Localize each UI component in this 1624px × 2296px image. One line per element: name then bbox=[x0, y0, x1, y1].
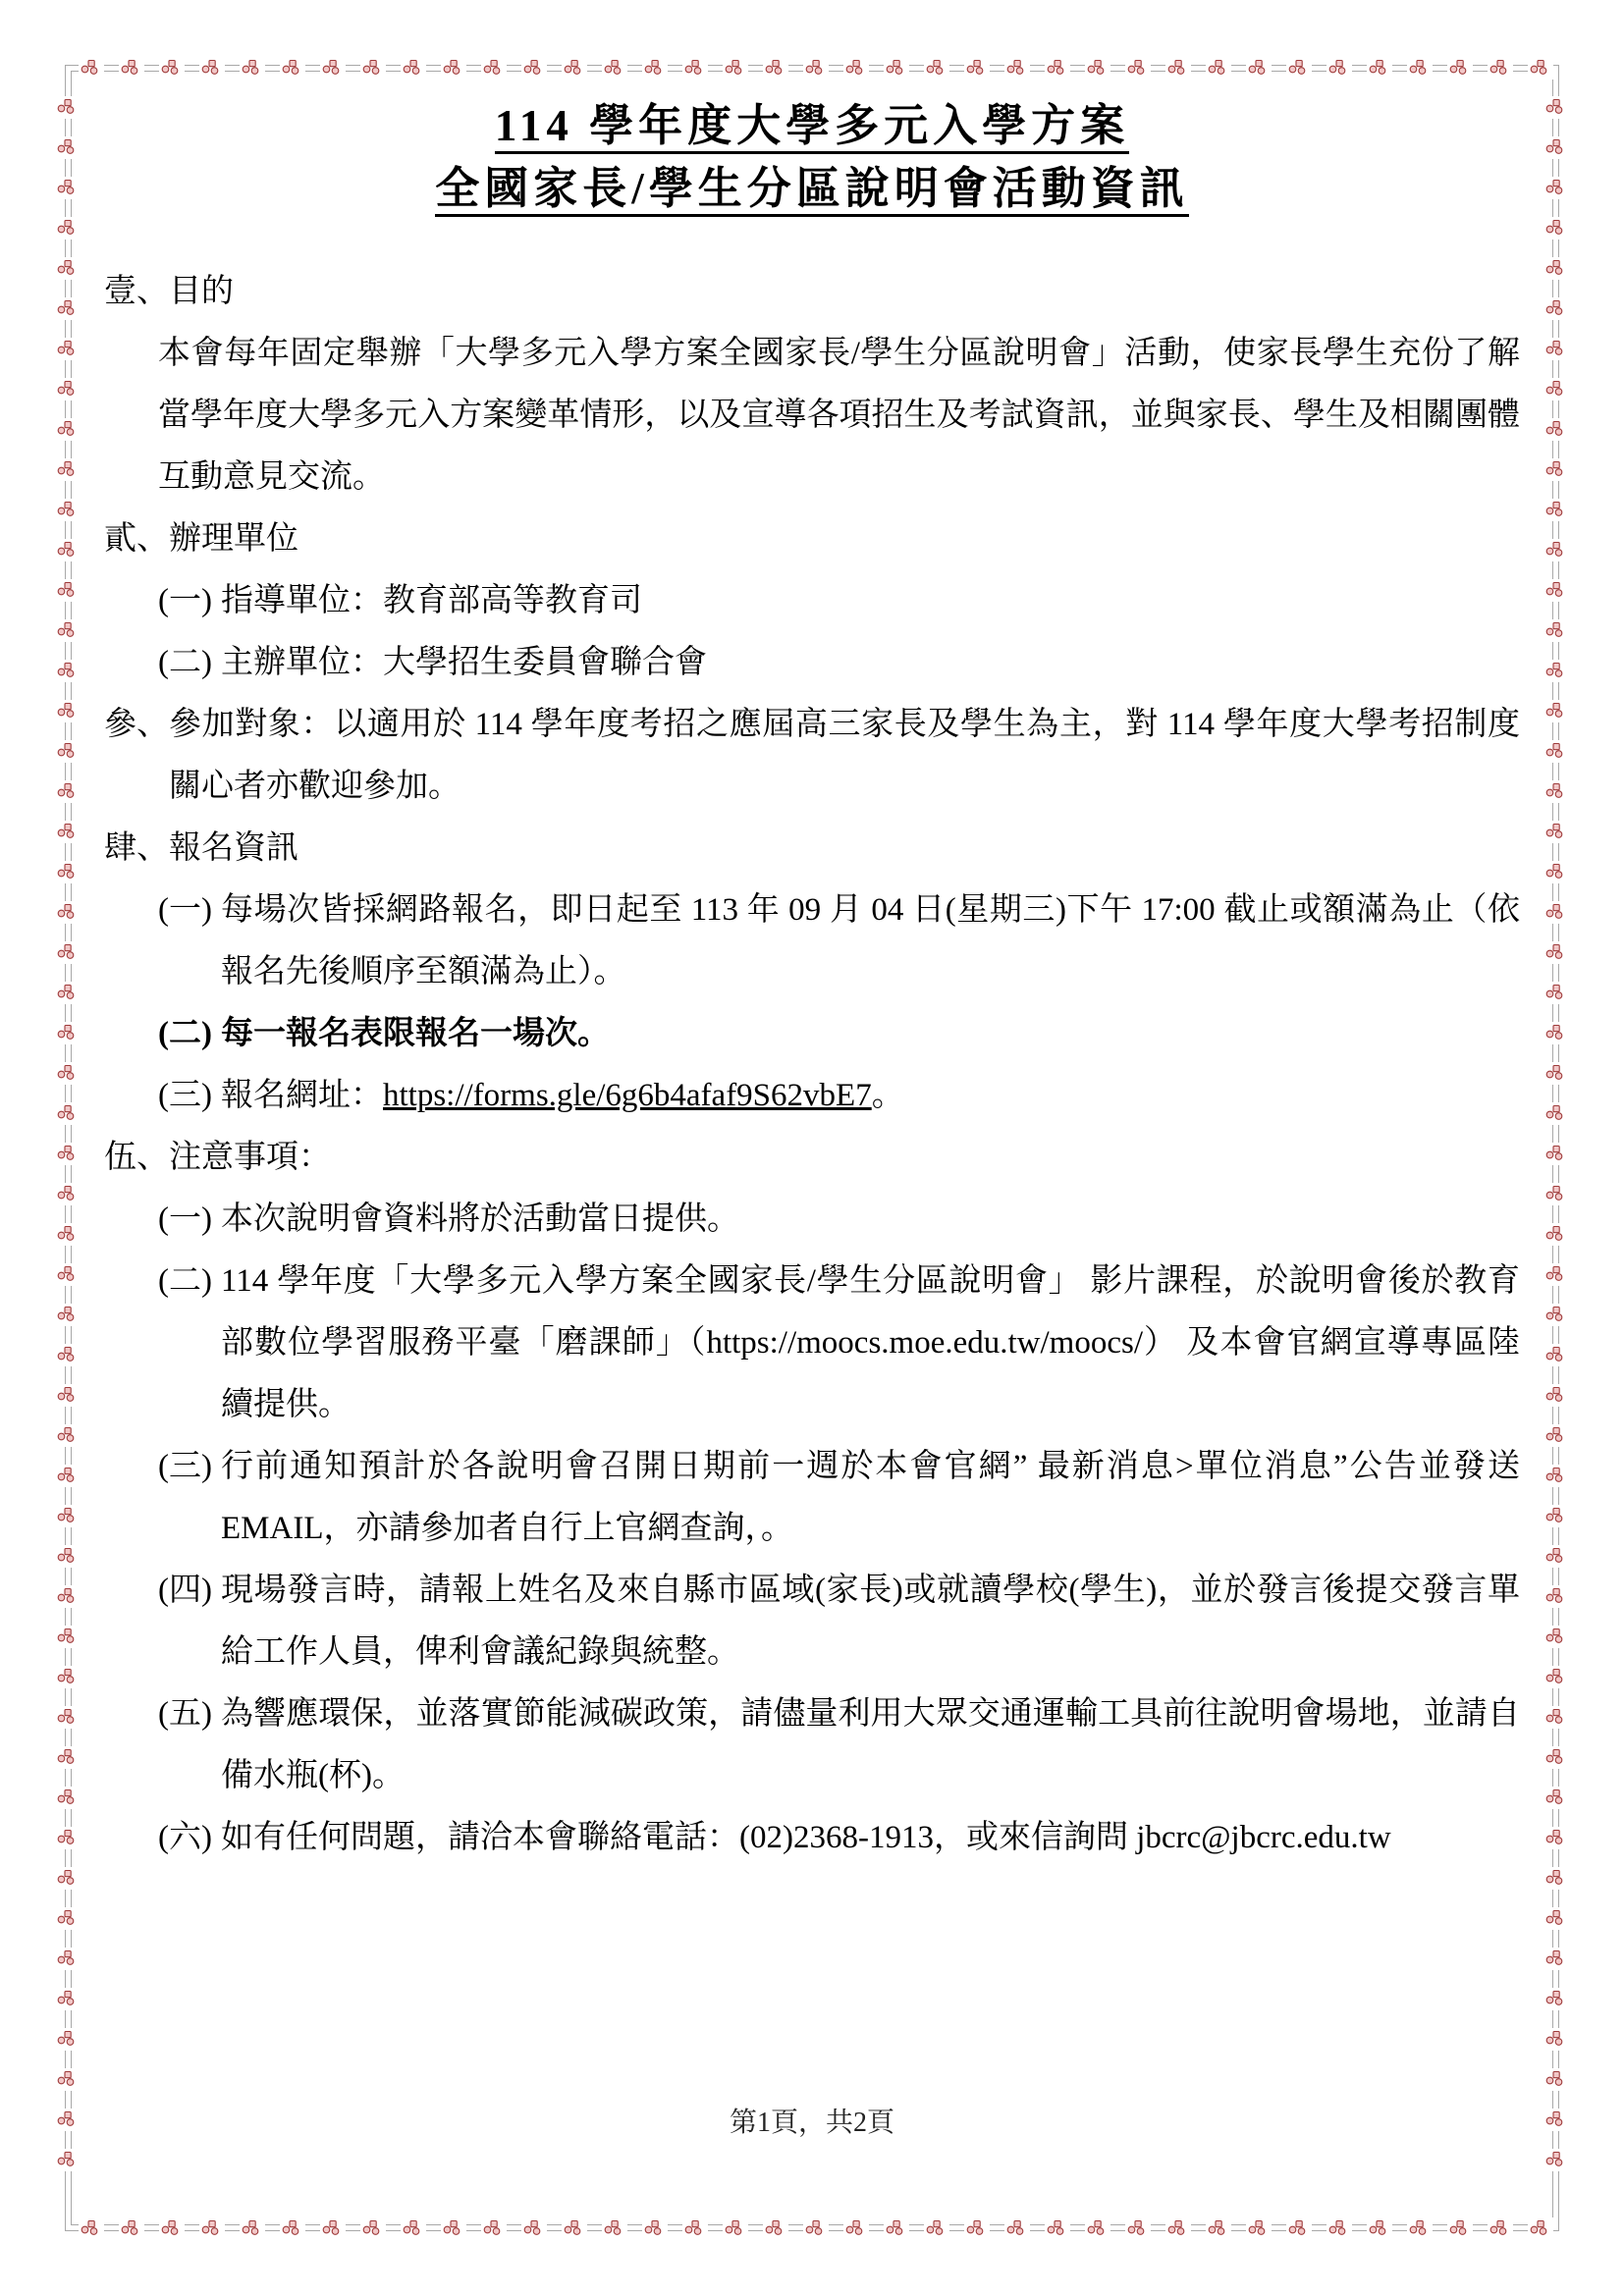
page-number: 第1頁，共2頁 bbox=[0, 2101, 1624, 2140]
list-item-marker: (六) bbox=[158, 1807, 221, 1869]
list-item: (一)每場次皆採網路報名，即日起至 113 年 09 月 04 日(星期三)下午… bbox=[104, 880, 1520, 1003]
section-marker: 肆、 bbox=[104, 818, 169, 880]
list-item: (二)114 學年度「大學多元入學方案全國家長/學生分區說明會」 影片課程，於說… bbox=[104, 1251, 1520, 1436]
text-segment: 如有任何問題，請洽本會聯絡電話：(02)2368-1913，或來信詢問 jbcr… bbox=[221, 1820, 1391, 1855]
section-marker: 貳、 bbox=[104, 508, 169, 570]
text-segment: 報名網址： bbox=[221, 1078, 383, 1113]
list-item-marker: (二) bbox=[158, 1251, 221, 1436]
list-item-text: 每一報名表限報名一場次。 bbox=[221, 1003, 1520, 1065]
section-heading-4: 肆、報名資訊 bbox=[104, 818, 1520, 880]
text-segment: 行前通知預計於各說明會召開日期前一週於本會官網” 最新消息>單位消息”公告並發送… bbox=[221, 1449, 1520, 1546]
text-segment: 114 學年度「大學多元入學方案全國家長/學生分區說明會」 影片課程，於說明會後… bbox=[221, 1263, 1520, 1422]
section-heading-2: 貳、辦理單位 bbox=[104, 508, 1520, 570]
text-segment: 本會每年固定舉辦「大學多元入學方案全國家長/學生分區說明會」活動，使家長學生充份… bbox=[158, 336, 1520, 495]
list-item: (二)每一報名表限報名一場次。 bbox=[104, 1003, 1520, 1065]
text-segment: 現場發言時，請報上姓名及來自縣市區域(家長)或就讀學校(學生)，並於發言後提交發… bbox=[221, 1573, 1520, 1670]
list-item-marker: (二) bbox=[158, 1003, 221, 1065]
list-item: (三)報名網址：https://forms.gle/6g6b4afaf9S62v… bbox=[104, 1065, 1520, 1127]
list-item-marker: (三) bbox=[158, 1065, 221, 1127]
page-content: 114 學年度大學多元入學方案 全國家長/學生分區說明會活動資訊 壹、目的本會每… bbox=[0, 0, 1624, 1869]
text-segment: 每場次皆採網路報名，即日起至 113 年 09 月 04 日(星期三)下午 17… bbox=[221, 892, 1520, 989]
list-item-text: 指導單位：教育部高等教育司 bbox=[221, 570, 1520, 632]
text-segment: 為響應環保，並落實節能減碳政策，請儘量利用大眾交通運輸工具前往說明會場地，並請自… bbox=[221, 1696, 1520, 1793]
text-segment: 本次說明會資料將於活動當日提供。 bbox=[221, 1201, 739, 1237]
text-segment: 主辦單位：大學招生委員會聯合會 bbox=[221, 645, 707, 680]
list-item: (一)本次說明會資料將於活動當日提供。 bbox=[104, 1189, 1520, 1251]
document-body: 壹、目的本會每年固定舉辦「大學多元入學方案全國家長/學生分區說明會」活動，使家長… bbox=[104, 261, 1520, 1869]
list-item-marker: (一) bbox=[158, 570, 221, 632]
list-item-text: 每場次皆採網路報名，即日起至 113 年 09 月 04 日(星期三)下午 17… bbox=[221, 880, 1520, 1003]
list-item-text: 主辦單位：大學招生委員會聯合會 bbox=[221, 632, 1520, 694]
list-item-text: 本次說明會資料將於活動當日提供。 bbox=[221, 1189, 1520, 1251]
list-item-text: 報名網址：https://forms.gle/6g6b4afaf9S62vbE7… bbox=[221, 1065, 1520, 1127]
section-title-text: 報名資訊 bbox=[169, 818, 1520, 880]
text-segment: 指導單位：教育部高等教育司 bbox=[221, 583, 642, 618]
list-item: (六)如有任何問題，請洽本會聯絡電話：(02)2368-1913，或來信詢問 j… bbox=[104, 1807, 1520, 1869]
section-title-text: 注意事項： bbox=[169, 1127, 1520, 1189]
section-heading-5: 伍、注意事項： bbox=[104, 1127, 1520, 1189]
list-item-marker: (五) bbox=[158, 1683, 221, 1807]
section-heading-3: 參、參加對象：以適用於 114 學年度考招之應屆高三家長及學生為主，對 114 … bbox=[104, 694, 1520, 818]
list-item-text: 行前通知預計於各說明會召開日期前一週於本會官網” 最新消息>單位消息”公告並發送… bbox=[221, 1436, 1520, 1560]
registration-url-link[interactable]: https://forms.gle/6g6b4afaf9S62vbE7 bbox=[383, 1078, 872, 1113]
list-item-marker: (二) bbox=[158, 632, 221, 694]
list-item-marker: (三) bbox=[158, 1436, 221, 1560]
section-heading-1: 壹、目的 bbox=[104, 261, 1520, 323]
section-title-text: 辦理單位 bbox=[169, 508, 1520, 570]
section-marker: 壹、 bbox=[104, 261, 169, 323]
list-item: (二)主辦單位：大學招生委員會聯合會 bbox=[104, 632, 1520, 694]
list-item-marker: (一) bbox=[158, 1189, 221, 1251]
section-marker: 伍、 bbox=[104, 1127, 169, 1189]
list-item-text: 本會每年固定舉辦「大學多元入學方案全國家長/學生分區說明會」活動，使家長學生充份… bbox=[158, 323, 1520, 508]
section-marker: 參、 bbox=[104, 694, 169, 818]
list-item-marker: (四) bbox=[158, 1560, 221, 1683]
list-item: (四)現場發言時，請報上姓名及來自縣市區域(家長)或就讀學校(學生)，並於發言後… bbox=[104, 1560, 1520, 1683]
document-title-line-2: 全國家長/學生分區說明會活動資訊 bbox=[104, 157, 1520, 220]
section-title-text: 目的 bbox=[169, 261, 1520, 323]
document-title: 114 學年度大學多元入學方案 全國家長/學生分區說明會活動資訊 bbox=[104, 94, 1520, 220]
list-item-marker: (一) bbox=[158, 880, 221, 1003]
list-item-text: 現場發言時，請報上姓名及來自縣市區域(家長)或就讀學校(學生)，並於發言後提交發… bbox=[221, 1560, 1520, 1683]
list-item-text: 如有任何問題，請洽本會聯絡電話：(02)2368-1913，或來信詢問 jbcr… bbox=[221, 1807, 1520, 1869]
list-item: (一)指導單位：教育部高等教育司 bbox=[104, 570, 1520, 632]
list-item: (三)行前通知預計於各說明會召開日期前一週於本會官網” 最新消息>單位消息”公告… bbox=[104, 1436, 1520, 1560]
paragraph: 本會每年固定舉辦「大學多元入學方案全國家長/學生分區說明會」活動，使家長學生充份… bbox=[104, 323, 1520, 508]
text-segment: 每一報名表限報名一場次。 bbox=[221, 1016, 610, 1051]
list-item-text: 114 學年度「大學多元入學方案全國家長/學生分區說明會」 影片課程，於說明會後… bbox=[221, 1251, 1520, 1436]
list-item-text: 為響應環保，並落實節能減碳政策，請儘量利用大眾交通運輸工具前往說明會場地，並請自… bbox=[221, 1683, 1520, 1807]
section-title-text: 參加對象：以適用於 114 學年度考招之應屆高三家長及學生為主，對 114 學年… bbox=[169, 694, 1520, 818]
text-segment: 。 bbox=[872, 1078, 904, 1113]
document-title-line-1: 114 學年度大學多元入學方案 bbox=[104, 94, 1520, 157]
list-item: (五)為響應環保，並落實節能減碳政策，請儘量利用大眾交通運輸工具前往說明會場地，… bbox=[104, 1683, 1520, 1807]
